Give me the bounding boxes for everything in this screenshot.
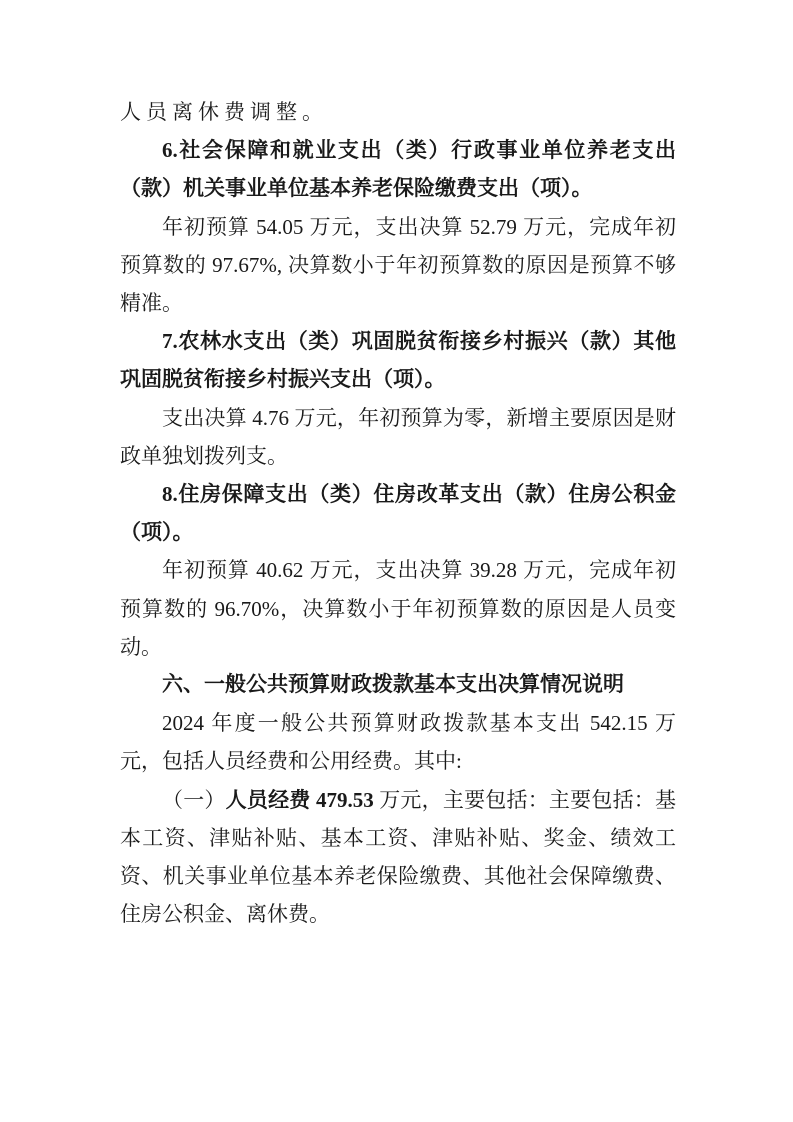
text-run: 7.农林水支出（类）巩固脱贫衔接乡村振兴（款）其他巩固脱贫衔接乡村振兴支出（项）…: [120, 329, 676, 391]
text-run: 六、一般公共预算财政拨款基本支出决算情况说明: [162, 673, 624, 696]
text-run: 人员离休费调整。: [120, 100, 328, 124]
text-run: 8.住房保障支出（类）住房改革支出（款）住房公积金（项）。: [120, 482, 676, 544]
paragraph: 年初预算 54.05 万元，支出决算 52.79 万元，完成年初预算数的 97.…: [120, 208, 676, 323]
paragraph: （一）人员经费 479.53 万元，主要包括：主要包括：基本工资、津贴补贴、基本…: [120, 781, 676, 934]
text-run: （一）: [162, 788, 226, 812]
text-run: 支出决算 4.76 万元，年初预算为零，新增主要原因是财政单独划拨列支。: [120, 406, 676, 468]
text-run: 年初预算 54.05 万元，支出决算 52.79 万元，完成年初预算数的 97.…: [120, 215, 676, 315]
paragraph: 六、一般公共预算财政拨款基本支出决算情况说明: [120, 666, 676, 704]
paragraph: 年初预算 40.62 万元，支出决算 39.28 万元，完成年初预算数的 96.…: [120, 551, 676, 666]
paragraph: 6.社会保障和就业支出（类）行政事业单位养老支出（款）机关事业单位基本养老保险缴…: [120, 131, 676, 207]
paragraph: 支出决算 4.76 万元，年初预算为零，新增主要原因是财政单独划拨列支。: [120, 399, 676, 475]
paragraph: 2024 年度一般公共预算财政拨款基本支出 542.15 万元，包括人员经费和公…: [120, 704, 676, 780]
document-body: 人员离休费调整。6.社会保障和就业支出（类）行政事业单位养老支出（款）机关事业单…: [120, 93, 676, 933]
text-run: 2024 年度一般公共预算财政拨款基本支出 542.15 万元，包括人员经费和公…: [120, 711, 676, 773]
document-page: 人员离休费调整。6.社会保障和就业支出（类）行政事业单位养老支出（款）机关事业单…: [0, 0, 793, 1122]
text-run: 年初预算 40.62 万元，支出决算 39.28 万元，完成年初预算数的 96.…: [120, 558, 676, 658]
paragraph: 7.农林水支出（类）巩固脱贫衔接乡村振兴（款）其他巩固脱贫衔接乡村振兴支出（项）…: [120, 322, 676, 398]
paragraph: 人员离休费调整。: [120, 93, 676, 131]
paragraph: 8.住房保障支出（类）住房改革支出（款）住房公积金（项）。: [120, 475, 676, 551]
text-run: 人员经费 479.53: [226, 788, 380, 812]
text-run: 6.社会保障和就业支出（类）行政事业单位养老支出（款）机关事业单位基本养老保险缴…: [120, 138, 676, 200]
